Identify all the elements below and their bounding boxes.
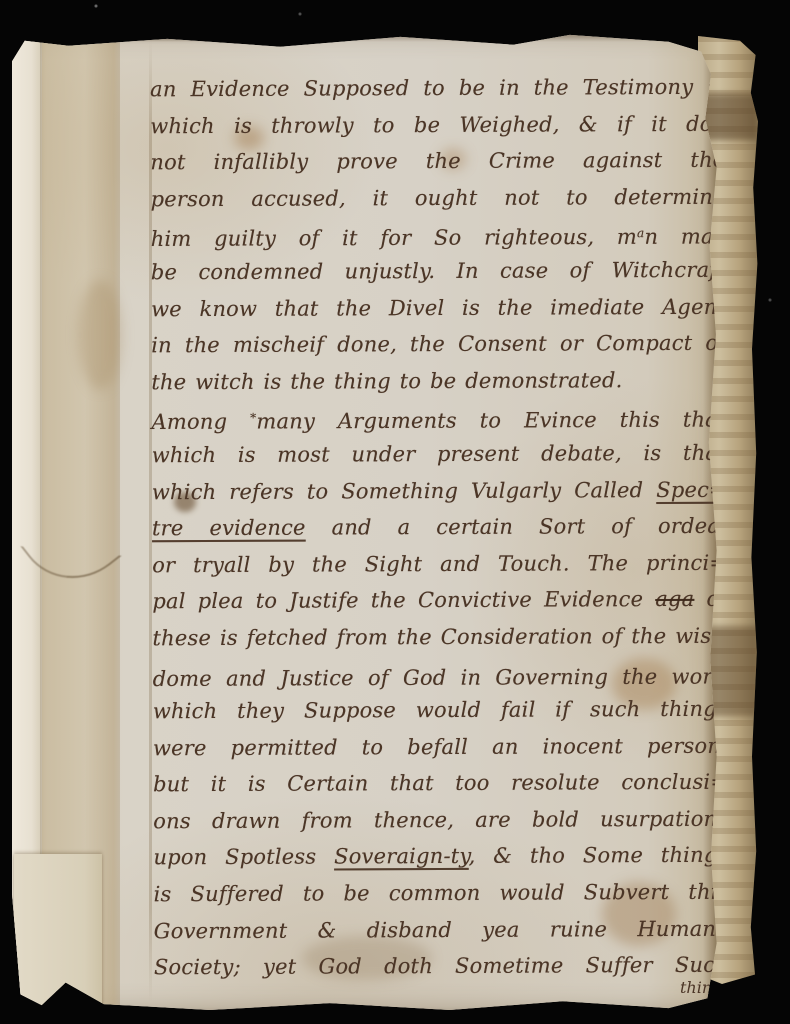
manuscript-text-segment: but it is Certain that too resolute conc…: [153, 770, 728, 797]
manuscript-text-segment: not infallibly prove the Crime against t…: [150, 148, 725, 175]
manuscript-text-segment: Government & disband yea ruine Humane: [154, 916, 729, 943]
manuscript-text-segment: which is most under present debate, is t…: [152, 441, 727, 468]
manuscript-text-segment: Soveraign-ty: [334, 844, 469, 869]
manuscript-text-segment: dome and Justice of God in Governing the…: [153, 664, 720, 690]
manuscript-line: which refers to Something Vulgarly Calle…: [152, 471, 727, 510]
manuscript-line: or tryall by the Sight and Touch. The pr…: [152, 544, 727, 583]
manuscript-line: were permitted to befall an inocent pers…: [153, 727, 728, 766]
manuscript-text-segment: aga: [655, 587, 694, 611]
manuscript-line: but it is Certain that too resolute conc…: [153, 764, 728, 803]
manuscript-line: tre evidence and a certain Sort of ordea…: [152, 508, 727, 547]
manuscript-text-segment: Society; yet God doth Sometime Suffer Su…: [154, 953, 729, 980]
manuscript-line: these is fetched from the Consideration …: [152, 618, 727, 657]
manuscript-line: be condemned unjustly. In case of Witchc…: [151, 252, 726, 291]
manuscript-text-segment: these is fetched from the Consideration …: [152, 624, 729, 651]
manuscript-line: ons drawn from thence, are bold usurpati…: [153, 801, 728, 840]
manuscript-line: him guilty of it for So righteous, man m…: [151, 215, 726, 254]
manuscript-text-segment: the witch is the thing to be demonstrate…: [151, 368, 622, 394]
manuscript-text-segment: which refers to Something Vulgarly Calle…: [152, 478, 656, 504]
manuscript-lines: an Evidence Supposed to be in the Testim…: [150, 69, 729, 986]
manuscript-text-segment: upon Spotless: [153, 845, 334, 870]
manuscript-text-segment: or tryall by the Sight and Touch. The pr…: [152, 550, 727, 577]
manuscript-line: Society; yet God doth Sometime Suffer Su…: [154, 947, 729, 986]
manuscript-text-segment: and a certain Sort of ordeal: [306, 514, 727, 540]
manuscript-text-segment: , & tho Some things: [469, 843, 729, 868]
manuscript-text-segment: Among: [151, 410, 250, 434]
manuscript-line: upon Spotless Soveraign-ty, & tho Some t…: [153, 837, 728, 876]
manuscript-text-segment: which is throwly to be Weighed, & if it …: [150, 111, 725, 138]
tape-patch: [14, 854, 102, 1016]
manuscript-text-segment: tre evidence: [152, 516, 306, 541]
manuscript-line: which is throwly to be Weighed, & if it …: [150, 105, 725, 144]
manuscript-text-segment: in the mischeif done, the Consent or Com…: [151, 331, 726, 358]
manuscript-text-segment: we know that the Divel is the imediate A…: [151, 294, 726, 321]
manuscript-line: dome and Justice of God in Governing the…: [153, 654, 728, 693]
manuscript-text-segment: an Evidence Supposed to be in the Testim…: [150, 75, 725, 102]
manuscript-text-segment: is Suffered to be common would Subvert t…: [154, 880, 729, 907]
manuscript-line: which they Suppose would fail if such th…: [153, 691, 728, 730]
manuscript-text-segment: person accused, it ought not to determin…: [151, 185, 726, 212]
manuscript-photo: an Evidence Supposed to be in the Testim…: [0, 0, 790, 1024]
manuscript-text-segment: were permitted to befall an inocent pers…: [153, 733, 728, 760]
manuscript-line: pal plea to Justife the Convictive Evide…: [152, 581, 727, 620]
manuscript-line: is Suffered to be common would Subvert t…: [154, 874, 729, 913]
manuscript-text-segment: be condemned unjustly. In case of Witchc…: [151, 258, 726, 285]
manuscript-line: person accused, it ought not to determin…: [150, 179, 725, 218]
manuscript-line: an Evidence Supposed to be in the Testim…: [150, 69, 725, 108]
manuscript-text-segment: him guilty of it for So righteous, m: [151, 225, 637, 251]
manuscript-line: not infallibly prove the Crime against t…: [150, 142, 725, 181]
manuscript-line: the witch is the thing to be demonstrate…: [151, 361, 726, 400]
stain: [78, 280, 122, 390]
manuscript-text-segment: which they Suppose would fail if such th…: [153, 697, 728, 724]
manuscript-page: an Evidence Supposed to be in the Testim…: [12, 30, 718, 1012]
manuscript-text-segment: a: [637, 226, 645, 240]
manuscript-line: we know that the Divel is the imediate A…: [151, 288, 726, 327]
manuscript-line: which is most under present debate, is t…: [152, 435, 727, 474]
manuscript-line: in the mischeif done, the Consent or Com…: [151, 325, 726, 364]
manuscript-line: Government & disband yea ruine Humane: [154, 910, 729, 949]
manuscript-line: Among *many Arguments to Evince this tha…: [151, 398, 726, 437]
manuscript-text-segment: many Arguments to Evince this that: [256, 408, 726, 434]
manuscript-text-segment: ons drawn from thence, are bold usurpati…: [153, 807, 728, 834]
page-top-edge: [12, 30, 718, 43]
manuscript-text-segment: pal plea to Justife the Convictive Evide…: [152, 587, 655, 613]
